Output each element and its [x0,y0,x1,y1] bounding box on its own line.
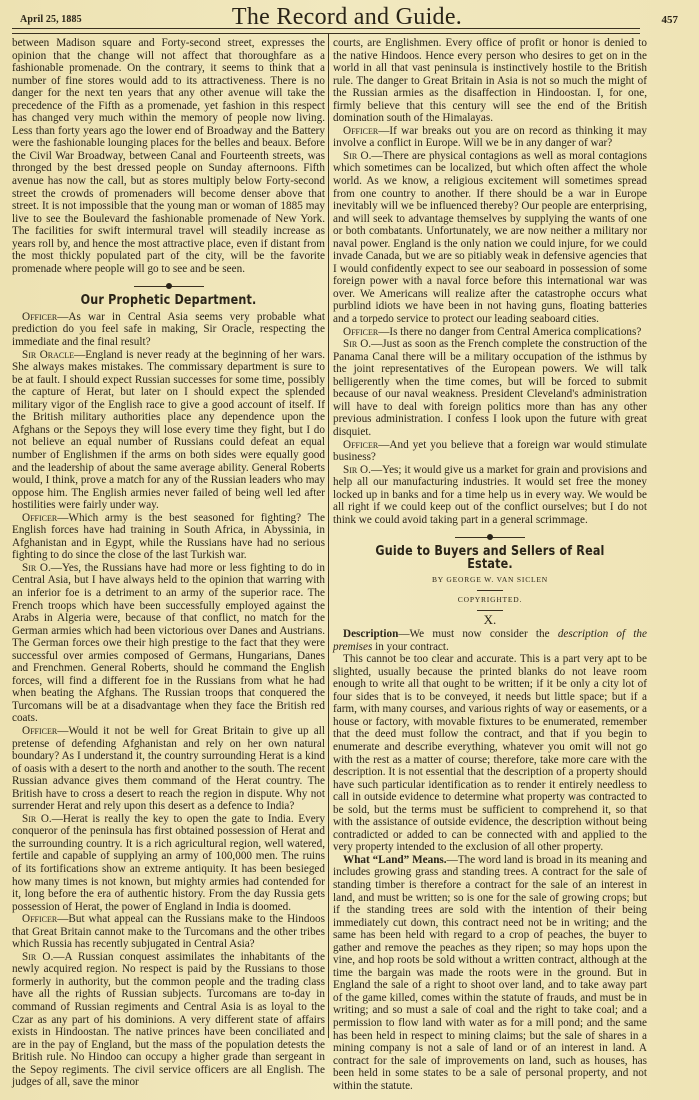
dialogue-text: —But what appeal can the Russians make t… [12,913,325,950]
author-byline: BY GEORGE W. VAN SICLEN [333,574,647,587]
dialogue-text: —Yes; it would give us a market for grai… [333,464,647,526]
article-continuation: between Madison square and Forty-second … [12,37,325,275]
dialogue-paragraph: Sir O.—There are physical contagions as … [333,150,647,326]
speaker-label: Sir O. [22,562,51,574]
speaker-label: Sir O. [22,951,53,963]
left-column: between Madison square and Forty-second … [12,37,325,1089]
speaker-label: Officer [22,512,57,524]
speaker-label: Sir O. [343,338,371,350]
dialogue-paragraph: Sir O.—Just as soon as the French comple… [333,338,647,438]
dialogue-text: —Which army is the best seasoned for fig… [12,512,325,562]
section-ornament-rule [333,532,647,544]
newspaper-page: April 25, 1885 The Record and Guide. 457… [0,0,699,1100]
speaker-label: Officer [22,725,57,737]
chapter-numeral: X. [333,614,647,627]
dialogue-paragraph: Sir O.—Yes, the Russians have had more o… [12,562,325,725]
run-in-heading: What “Land” Means. [343,854,447,866]
dialogue-continuation: courts, are Englishmen. Every office of … [333,37,647,125]
speaker-label: Officer [22,311,57,323]
speaker-label: Officer [343,125,378,137]
dialogue-paragraph: Officer—Is there no danger from Central … [333,326,647,339]
land-paragraph: What “Land” Means.—The word land is broa… [333,854,647,1092]
speaker-label: Sir O. [343,150,371,162]
body-text: —We must now consider the [398,628,558,640]
body-paragraph: This cannot be too clear and accurate. T… [333,653,647,854]
speaker-label: Sir Oracle [22,349,74,361]
speaker-label: Officer [343,439,378,451]
dialogue-text: —A Russian conquest assimilates the inha… [12,951,325,1088]
dialogue-paragraph: Officer—Which army is the best seasoned … [12,512,325,562]
masthead-title: The Record and Guide. [12,4,682,31]
dialogue-text: —As war in Central Asia seems very proba… [12,311,325,348]
dialogue-paragraph: Officer—But what appeal can the Russians… [12,913,325,951]
dialogue-text: —If war breaks out you are on record as … [333,125,647,150]
dialogue-text: —Would it not be well for Great Britain … [12,725,325,812]
dialogue-paragraph: Officer—As war in Central Asia seems ver… [12,311,325,349]
short-rule [477,610,503,611]
dialogue-paragraph: Officer—Would it not be well for Great B… [12,725,325,813]
dialogue-text: —Yes, the Russians have had more or less… [12,562,325,725]
dialogue-paragraph: Officer—And yet you believe that a forei… [333,439,647,464]
speaker-label: Officer [343,326,378,338]
description-paragraph: Description—We must now consider the des… [333,628,647,653]
speaker-label: Sir O. [22,813,52,825]
dialogue-paragraph: Officer—If war breaks out you are on rec… [333,125,647,150]
dialogue-paragraph: Sir Oracle—England is never ready at the… [12,349,325,512]
column-divider [328,33,329,1038]
page-number: 457 [662,14,679,26]
speaker-label: Sir O. [343,464,371,476]
run-in-heading: Description [343,628,398,640]
dialogue-paragraph: Sir O.—Yes; it would give us a market fo… [333,464,647,527]
dialogue-text: —And yet you believe that a foreign war … [333,439,647,464]
copyright-notice: COPYRIGHTED. [333,594,647,607]
dialogue-text: —There are physical contagions as well a… [333,150,647,325]
dialogue-text: —Herat is really the key to open the gat… [12,813,325,913]
header-double-rule [12,28,640,34]
section-ornament-rule [12,281,325,293]
short-rule [477,590,503,591]
dialogue-paragraph: Sir O.—A Russian conquest assimilates th… [12,951,325,1089]
speaker-label: Officer [22,913,57,925]
body-text: in your contract. [372,641,448,653]
right-column: courts, are Englishmen. Every office of … [333,37,647,1092]
body-text: —The word land is broad in its meaning a… [333,854,647,1092]
dialogue-text: —Just as soon as the French complete the… [333,338,647,438]
section-title-prophetic: Our Prophetic Department. [34,295,303,308]
dialogue-paragraph: Sir O.—Herat is really the key to open t… [12,813,325,913]
dialogue-text: —Is there no danger from Central America… [378,326,641,338]
section-title-guide: Guide to Buyers and Sellers of Real Esta… [355,546,625,571]
page-header: April 25, 1885 The Record and Guide. 457 [12,4,682,30]
dialogue-text: —England is never ready at the beginning… [12,349,325,512]
